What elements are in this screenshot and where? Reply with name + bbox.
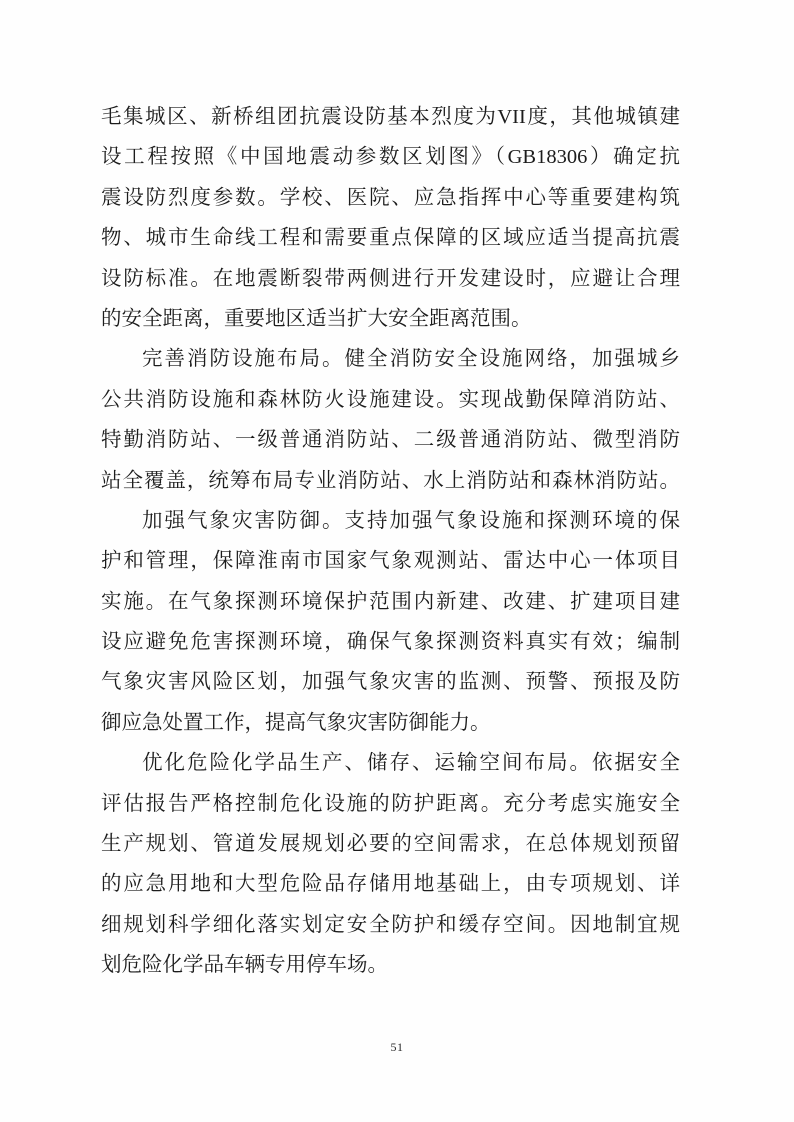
text-line: 站全覆盖，统筹布局专业消防站、水上消防站和森林消防站。 [101, 461, 680, 501]
paragraph-lead: 优化危险化学品生产、储存、运输空间布局。 [142, 752, 592, 774]
text-line: 护和管理，保障淮南市国家气象观测站、雷达中心一体项目 [101, 541, 680, 581]
text-line: 的应急用地和大型危险品存储用地基础上，由专项规划、详 [101, 864, 680, 904]
text-line: 细规划科学细化落实划定安全防护和缓存空间。因地制宜规 [101, 905, 680, 945]
text-line: 划危险化学品车辆专用停车场。 [101, 945, 680, 985]
paragraph-seismic-protection: 毛集城区、新桥组团抗震设防基本烈度为VII度，其他城镇建 设工程按照《中国地震动… [101, 97, 680, 339]
text-block: 毛集城区、新桥组团抗震设防基本烈度为VII度，其他城镇建 设工程按照《中国地震动… [101, 97, 680, 986]
paragraph-lead: 加强气象灾害防御。 [142, 510, 345, 532]
text-line: 生产规划、管道发展规划必要的空间需求，在总体规划预留 [101, 824, 680, 864]
text-line: 优化危险化学品生产、储存、运输空间布局。依据安全 [101, 743, 680, 783]
line-text: 支持加强气象设施和探测环境的保 [345, 510, 681, 532]
paragraph-fire-protection: 完善消防设施布局。健全消防安全设施网络，加强城乡 公共消防设施和森林防火设施建设… [101, 339, 680, 501]
text-line: 公共消防设施和森林防火设施建设。实现战勤保障消防站、 [101, 380, 680, 420]
text-line: 设工程按照《中国地震动参数区划图》（GB18306）确定抗 [101, 137, 680, 177]
page-number: 51 [391, 1040, 404, 1054]
line-text: 依据安全 [592, 752, 680, 774]
text-line: 评估报告严格控制危化设施的防护距离。充分考虑实施安全 [101, 784, 680, 824]
text-line: 完善消防设施布局。健全消防安全设施网络，加强城乡 [101, 339, 680, 379]
text-line: 的安全距离，重要地区适当扩大安全距离范围。 [101, 299, 680, 339]
paragraph-lead: 完善消防设施布局。 [142, 348, 345, 370]
text-line: 震设防烈度参数。学校、医院、应急指挥中心等重要建构筑 [101, 178, 680, 218]
text-line: 气象灾害风险区划，加强气象灾害的监测、预警、预报及防 [101, 662, 680, 702]
paragraph-meteorological-defense: 加强气象灾害防御。支持加强气象设施和探测环境的保 护和管理，保障淮南市国家气象观… [101, 501, 680, 743]
page-footer: 51 [0, 1038, 794, 1056]
text-line: 实施。在气象探测环境保护范围内新建、改建、扩建项目建 [101, 582, 680, 622]
text-line: 加强气象灾害防御。支持加强气象设施和探测环境的保 [101, 501, 680, 541]
text-line: 设防标准。在地震断裂带两侧进行开发建设时，应避让合理 [101, 259, 680, 299]
line-text: 健全消防安全设施网络，加强城乡 [345, 348, 681, 370]
document-page: 毛集城区、新桥组团抗震设防基本烈度为VII度，其他城镇建 设工程按照《中国地震动… [0, 0, 794, 1122]
text-line: 御应急处置工作，提高气象灾害防御能力。 [101, 703, 680, 743]
text-line: 设应避免危害探测环境，确保气象探测资料真实有效；编制 [101, 622, 680, 662]
text-line: 物、城市生命线工程和需要重点保障的区域应适当提高抗震 [101, 218, 680, 258]
paragraph-hazardous-chemicals: 优化危险化学品生产、储存、运输空间布局。依据安全 评估报告严格控制危化设施的防护… [101, 743, 680, 985]
text-line: 特勤消防站、一级普通消防站、二级普通消防站、微型消防 [101, 420, 680, 460]
text-line: 毛集城区、新桥组团抗震设防基本烈度为VII度，其他城镇建 [101, 97, 680, 137]
